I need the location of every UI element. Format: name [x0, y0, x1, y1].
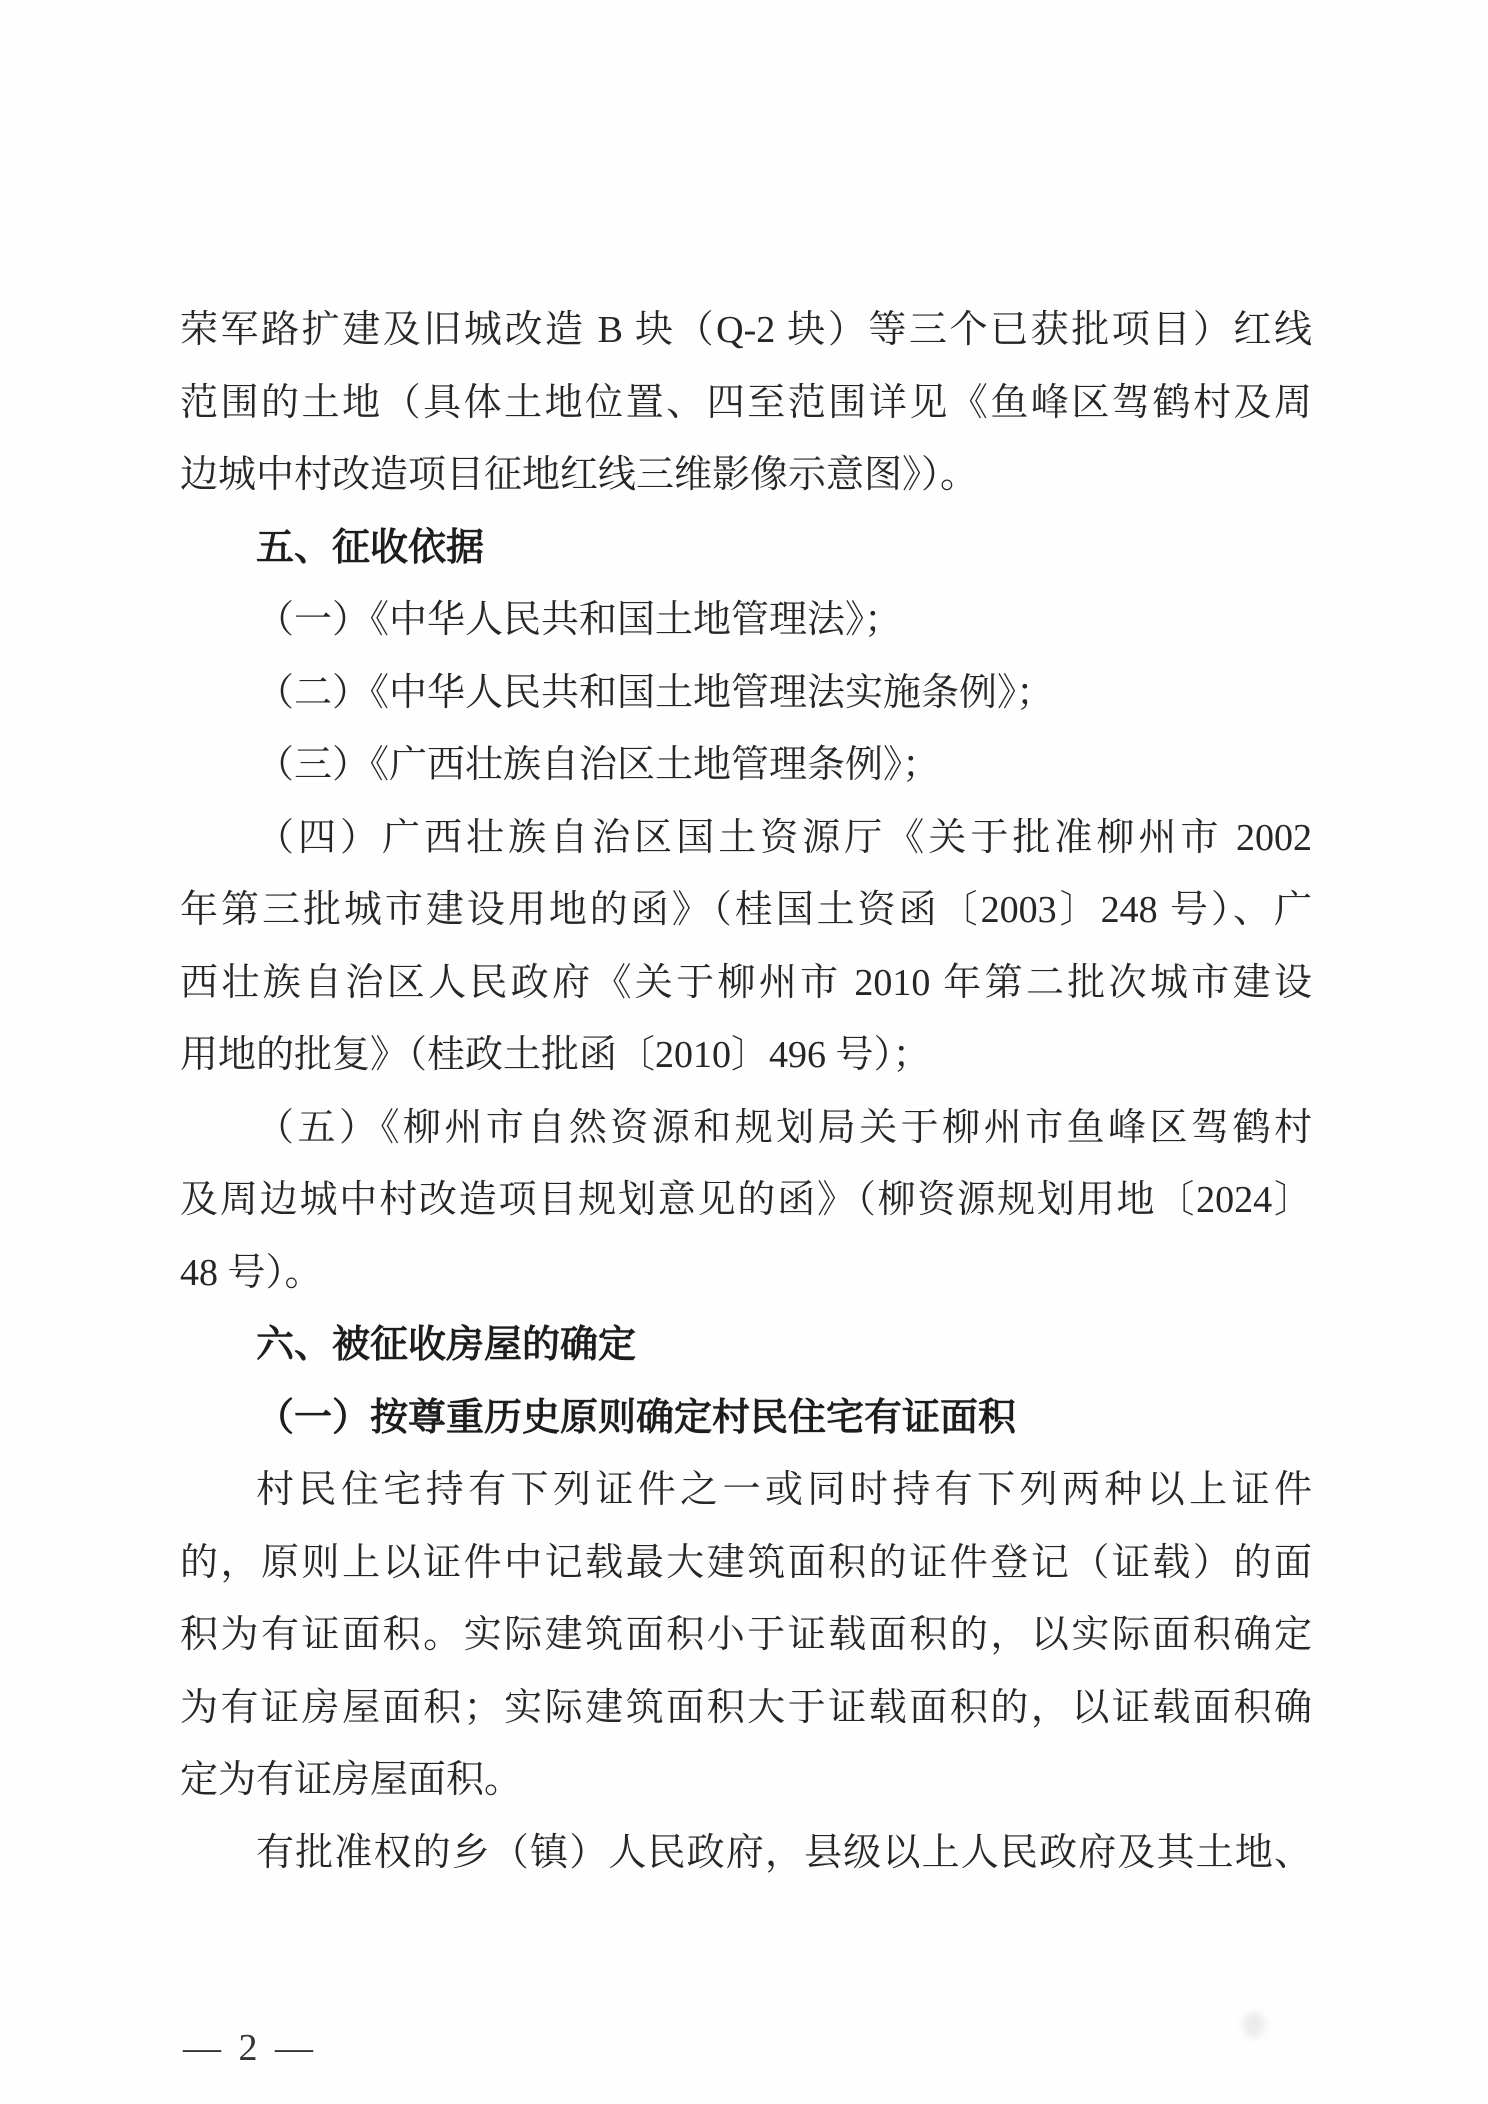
text-line: 定为有证房屋面积。	[180, 1744, 1312, 1817]
document-body: 荣军路扩建及旧城改造 B 块（Q-2 块）等三个已获批项目）红线范围的土地（具体…	[180, 294, 1312, 1889]
text-line: 范围的土地（具体土地位置、四至范围详见《鱼峰区驾鹤村及周	[180, 367, 1312, 440]
text-line: （一）《中华人民共和国土地管理法》；	[180, 584, 1312, 657]
text-line: （四）广西壮族自治区国土资源厅《关于批准柳州市 2002	[180, 802, 1312, 875]
text-line: 48 号）。	[180, 1237, 1312, 1310]
text-line: 有批准权的乡（镇）人民政府，县级以上人民政府及其土地、	[180, 1817, 1312, 1890]
page-number: — 2 —	[183, 2028, 317, 2068]
text-line: 的，原则上以证件中记载最大建筑面积的证件登记（证载）的面	[180, 1527, 1312, 1600]
scan-artifact	[1243, 2012, 1265, 2038]
document-page: 荣军路扩建及旧城改造 B 块（Q-2 块）等三个已获批项目）红线范围的土地（具体…	[0, 0, 1488, 2104]
text-line: 为有证房屋面积；实际建筑面积大于证载面积的，以证载面积确	[180, 1672, 1312, 1745]
text-line: 用地的批复》（桂政土批函〔2010〕496 号）；	[180, 1019, 1312, 1092]
text-line: 及周边城中村改造项目规划意见的函》（柳资源规划用地〔2024〕	[180, 1164, 1312, 1237]
sub-section-heading: （一）按尊重历史原则确定村民住宅有证面积	[180, 1382, 1312, 1455]
text-line: 边城中村改造项目征地红线三维影像示意图》）。	[180, 439, 1312, 512]
text-line: 积为有证面积。实际建筑面积小于证载面积的，以实际面积确定	[180, 1599, 1312, 1672]
text-line: 年第三批城市建设用地的函》（桂国土资函〔2003〕248 号）、广	[180, 874, 1312, 947]
text-line: （二）《中华人民共和国土地管理法实施条例》；	[180, 657, 1312, 730]
text-line: （三）《广西壮族自治区土地管理条例》；	[180, 729, 1312, 802]
section-heading: 五、征收依据	[180, 512, 1312, 585]
text-line: 村民住宅持有下列证件之一或同时持有下列两种以上证件	[180, 1454, 1312, 1527]
section-heading: 六、被征收房屋的确定	[180, 1309, 1312, 1382]
text-line: （五）《柳州市自然资源和规划局关于柳州市鱼峰区驾鹤村	[180, 1092, 1312, 1165]
text-line: 西壮族自治区人民政府《关于柳州市 2010 年第二批次城市建设	[180, 947, 1312, 1020]
text-line: 荣军路扩建及旧城改造 B 块（Q-2 块）等三个已获批项目）红线	[180, 294, 1312, 367]
